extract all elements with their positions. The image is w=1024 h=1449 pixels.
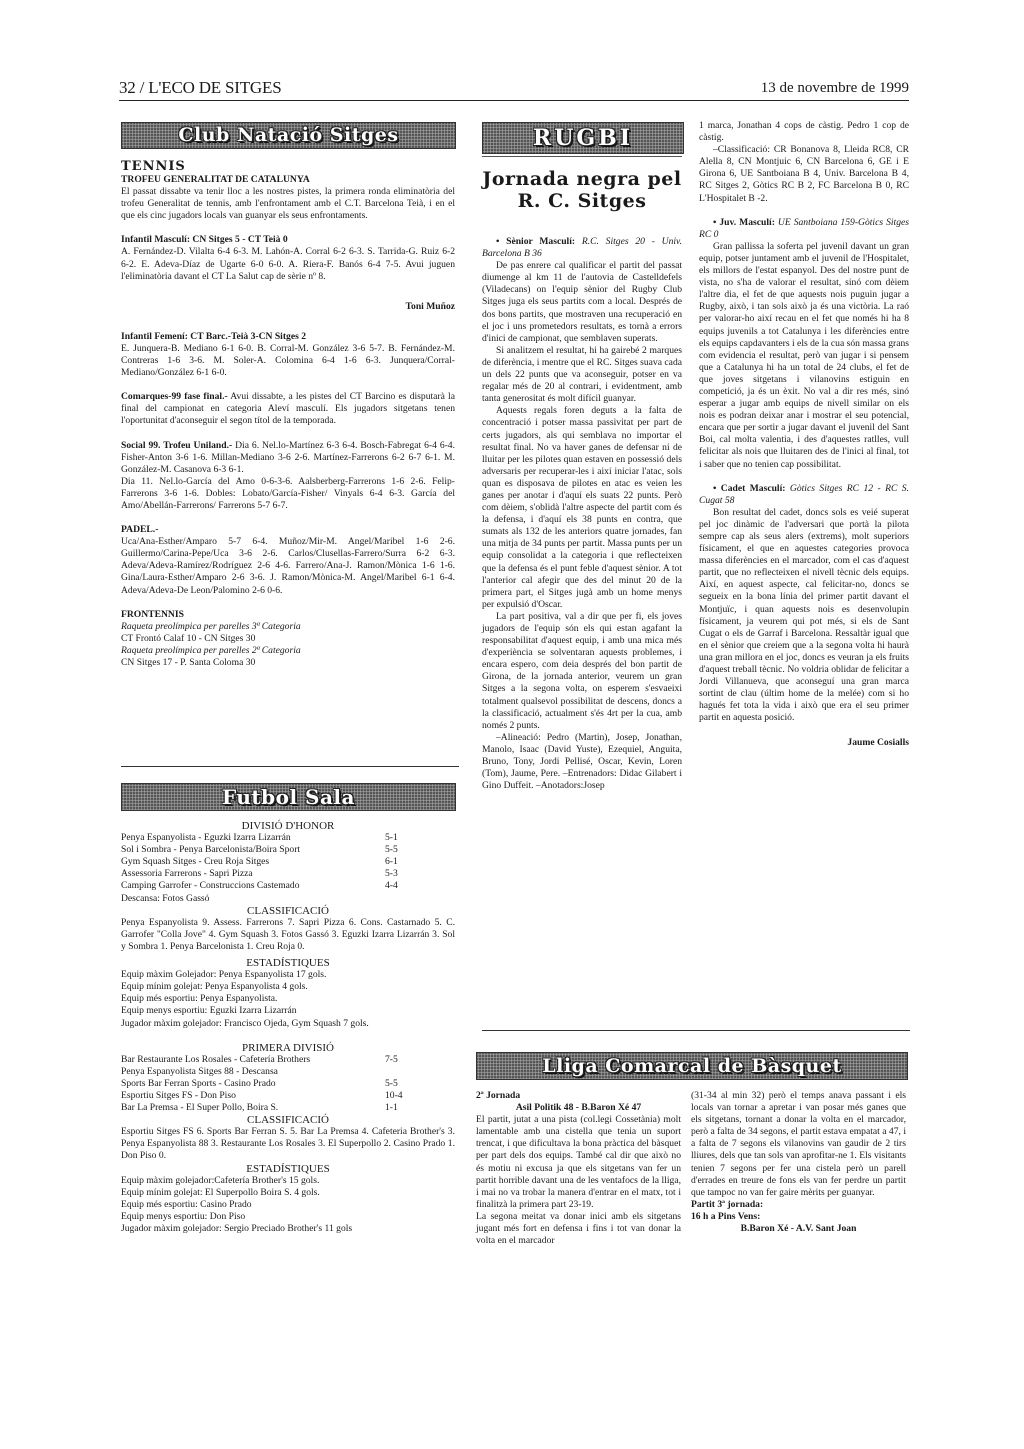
frontennis-heading: FRONTENNIS: [121, 609, 455, 621]
basquet-next-match: B.Baron Xé - A.V. Sant Joan: [691, 1223, 906, 1235]
juvenil-label: • Juv. Masculí:: [713, 217, 775, 228]
basquet-match: Asil Politik 48 - B.Baron Xé 47: [476, 1102, 681, 1114]
section-divider: [121, 766, 459, 767]
basquet-banner-text: Lliga Comarcal de Bàsquet: [542, 1055, 841, 1077]
match-score: 5-5: [385, 844, 455, 856]
juvenil-paragraph: Gran pallissa la soferta pel juvenil dav…: [699, 241, 909, 471]
cadet-paragraph: Bon resultat del cadet, doncs sols es ve…: [699, 507, 909, 725]
padel-heading: PADEL.-: [121, 524, 455, 536]
divisio-honor-results: Penya Espanyolista - Eguzki Izarra Lizar…: [121, 832, 455, 892]
natacio-author: Toni Muñoz: [121, 301, 455, 313]
result-row: Sports Bar Ferran Sports - Casino Prado5…: [121, 1078, 455, 1090]
rugbi-headline: Jornada negra pel R. C. Sitges: [482, 168, 682, 212]
match-name: Camping Garrofer - Construccions Castema…: [121, 880, 300, 892]
frontennis-category-3: Raqueta preolímpica per parelles 3ª Cate…: [121, 621, 455, 633]
basquet-col1: 2ª Jornada Asil Politik 48 - B.Baron Xé …: [476, 1090, 681, 1247]
primera-stat: Jugador màxim golejador: Sergio Preciado…: [121, 1223, 455, 1235]
basquet-jornada: 2ª Jornada: [476, 1090, 681, 1102]
match-score: 5-3: [385, 868, 455, 880]
infantil-masculi-results: A. Fernández-D. Vilalta 6-4 6-3. M. Lahó…: [121, 246, 455, 282]
honor-stat: Equip mínim golejat: Penya Espanyolista …: [121, 981, 455, 993]
result-row: Bar La Premsa - El Super Pollo, Boira S.…: [121, 1102, 455, 1114]
rugbi-scorers: 1 marca, Jonathan 4 cops de càstig. Pedr…: [699, 120, 909, 144]
honor-rest-team: Descansa: Fotos Gassó: [121, 893, 455, 905]
primera-stat: Equip més esportiu: Casino Prado: [121, 1199, 455, 1211]
page-header-title: 32 / L'ECO DE SITGES: [119, 78, 281, 98]
basquet-next-place: 16 h a Pins Vens:: [691, 1211, 906, 1223]
comarques-heading: Comarques-99 fase final.-: [121, 391, 228, 402]
infantil-masculi-heading: Infantil Masculí: CN Sitges 5 - CT Teià …: [121, 234, 455, 246]
primera-estadistiques-heading: ESTADÍSTIQUES: [121, 1163, 455, 1175]
rugbi-banner-text: RUGBI: [533, 125, 633, 151]
section-divider: [482, 1030, 910, 1031]
tennis-heading: TENNIS: [121, 160, 455, 174]
club-natacio-banner-text: Club Natació Sitges: [178, 124, 398, 146]
honor-classificacio-heading: CLASSIFICACIÓ: [121, 905, 455, 917]
trofeu-heading: TROFEU GENERALITAT DE CATALUNYA: [121, 174, 455, 186]
natacio-article: TENNIS TROFEU GENERALITAT DE CATALUNYA E…: [121, 160, 455, 669]
senior-heading: • Sènior Masculí: R.C. Sitges 20 - Univ.…: [482, 236, 682, 260]
header-divider: [119, 100, 909, 101]
juvenil-heading: • Juv. Masculí: UE Santboiana 159-Gòtics…: [699, 217, 909, 241]
rugbi-article-col1: • Sènior Masculí: R.C. Sitges 20 - Univ.…: [482, 236, 682, 792]
match-name: Gym Squash Sitges - Creu Roja Sitges: [121, 856, 269, 868]
match-score: 5-1: [385, 832, 455, 844]
result-row: Gym Squash Sitges - Creu Roja Sitges6-1: [121, 856, 455, 868]
match-score: 5-5: [385, 1078, 455, 1090]
rugbi-paragraph: De pas enrere cal qualificar el partit d…: [482, 260, 682, 345]
infantil-femeni-results: E. Junquera-B. Mediano 6-1 6-0. B. Corra…: [121, 343, 455, 379]
cadet-heading: • Cadet Masculí: Gòtics Sitges RC 12 - R…: [699, 483, 909, 507]
social-paragraph: Social 99. Trofeu Uniland.- Dia 6. Nel.l…: [121, 440, 455, 476]
match-name: Sol i Sombra - Penya Barcelonista/Boira …: [121, 844, 300, 856]
match-score: [385, 1066, 455, 1078]
result-row: Bar Restaurante Los Rosales - Cafetería …: [121, 1054, 455, 1066]
primera-stat: Equip mínim golejat: El Superpollo Boira…: [121, 1187, 455, 1199]
frontennis-category-2: Raqueta preolímpica per parelles 2ª Cate…: [121, 645, 455, 657]
result-row: Penya Espanyolista Sitges 88 - Descansa: [121, 1066, 455, 1078]
primera-divisio-heading: PRIMERA DIVISIÓ: [121, 1042, 455, 1054]
social-heading: Social 99. Trofeu Uniland.-: [121, 440, 232, 451]
divisio-honor-heading: DIVISIÓ D'HONOR: [121, 820, 455, 832]
match-name: Bar La Premsa - El Super Pollo, Boira S.: [121, 1102, 278, 1114]
primera-stat: Equip menys esportiu: Don Piso: [121, 1211, 455, 1223]
basquet-paragraph: (31-34 al min 32) però el temps anava pa…: [691, 1090, 906, 1199]
social-text-day11: Dia 11. Nel.lo-García del Amo 0-6-3-6. A…: [121, 476, 455, 512]
honor-stat: Jugador màxim golejador: Francisco Ojeda…: [121, 1018, 455, 1030]
match-name: Sports Bar Ferran Sports - Casino Prado: [121, 1078, 276, 1090]
match-score: 6-1: [385, 856, 455, 868]
honor-estadistiques-heading: ESTADÍSTIQUES: [121, 957, 455, 969]
match-name: Penya Espanyolista Sitges 88 - Descansa: [121, 1066, 278, 1078]
primera-stat: Equip màxim golejador:Cafetería Brother'…: [121, 1175, 455, 1187]
result-row: Camping Garrofer - Construccions Castema…: [121, 880, 455, 892]
match-score: 10-4: [385, 1090, 455, 1102]
rugbi-banner: RUGBI: [482, 122, 684, 154]
result-row: Assessoria Farrerons - Sapri Pizza5-3: [121, 868, 455, 880]
result-row: Esportiu Sitges FS - Don Piso10-4: [121, 1090, 455, 1102]
comarques-paragraph: Comarques-99 fase final.- Avui dissabte,…: [121, 391, 455, 427]
basquet-paragraph: El partit, jutat a una pista (col.legi C…: [476, 1114, 681, 1211]
rugbi-headline-rule: [482, 156, 682, 157]
rugbi-author: Jaume Cosialls: [699, 737, 909, 749]
rugbi-paragraph: Si analitzem el resultat, hi ha gairebé …: [482, 345, 682, 405]
primera-classificacio-text: Esportiu Sitges FS 6. Sports Bar Ferran …: [121, 1126, 455, 1162]
frontennis-result-1: CT Frontó Calaf 10 - CN Sitges 30: [121, 633, 455, 645]
infantil-femeni-heading: Infantil Femení: CT Barc.-Teià 3-CN Sitg…: [121, 331, 455, 343]
match-name: Bar Restaurante Los Rosales - Cafetería …: [121, 1054, 310, 1066]
rugbi-paragraph: Aquests regals foren deguts a la falta d…: [482, 405, 682, 611]
basquet-next-label: Partit 3ª jornada:: [691, 1199, 906, 1211]
cadet-label: • Cadet Masculí:: [713, 483, 785, 494]
futbol-sala-article: DIVISIÓ D'HONOR Penya Espanyolista - Egu…: [121, 820, 455, 1235]
match-score: 7-5: [385, 1054, 455, 1066]
basquet-banner: Lliga Comarcal de Bàsquet: [476, 1052, 908, 1080]
senior-label: • Sènior Masculí:: [496, 236, 575, 247]
club-natacio-banner: Club Natació Sitges: [121, 122, 456, 149]
page-header-date: 13 de novembre de 1999: [761, 80, 909, 97]
futbol-sala-banner: Futbol Sala: [121, 783, 456, 811]
basquet-col2: (31-34 al min 32) però el temps anava pa…: [691, 1090, 906, 1235]
rugbi-article-col2: 1 marca, Jonathan 4 cops de càstig. Pedr…: [699, 120, 909, 749]
match-name: Penya Espanyolista - Eguzki Izarra Lizar…: [121, 832, 291, 844]
futbol-sala-banner-text: Futbol Sala: [222, 785, 355, 809]
match-name: Esportiu Sitges FS - Don Piso: [121, 1090, 236, 1102]
result-row: Sol i Sombra - Penya Barcelonista/Boira …: [121, 844, 455, 856]
result-row: Penya Espanyolista - Eguzki Izarra Lizar…: [121, 832, 455, 844]
primera-divisio-results: Bar Restaurante Los Rosales - Cafetería …: [121, 1054, 455, 1114]
primera-classificacio-heading: CLASSIFICACIÓ: [121, 1114, 455, 1126]
frontennis-result-2: CN Sitges 17 - P. Santa Coloma 30: [121, 657, 455, 669]
match-score: 4-4: [385, 880, 455, 892]
padel-results: Uca/Ana-Esther/Amparo 5-7 6-4. Muñoz/Mir…: [121, 536, 455, 596]
honor-classificacio-text: Penya Espanyolista 9. Assess. Farrerons …: [121, 917, 455, 953]
honor-stat: Equip menys esportiu: Eguzki Izarra Liza…: [121, 1005, 455, 1017]
basquet-paragraph: La segona meitat va donar inici amb els …: [476, 1211, 681, 1247]
honor-stat: Equip més esportiu: Penya Espanyolista.: [121, 993, 455, 1005]
match-name: Assessoria Farrerons - Sapri Pizza: [121, 868, 253, 880]
tennis-intro: El passat dissabte va tenir lloc a les n…: [121, 186, 455, 222]
match-score: 1-1: [385, 1102, 455, 1114]
honor-stat: Equip màxim Golejador: Penya Espanyolist…: [121, 969, 455, 981]
rugbi-lineup: –Alineació: Pedro (Martin), Josep, Jonat…: [482, 732, 682, 792]
rugbi-paragraph: La part positiva, val a dir que per fi, …: [482, 611, 682, 732]
rugbi-classificacio: –Classificació: CR Bonanova 8, Lleida RC…: [699, 144, 909, 204]
